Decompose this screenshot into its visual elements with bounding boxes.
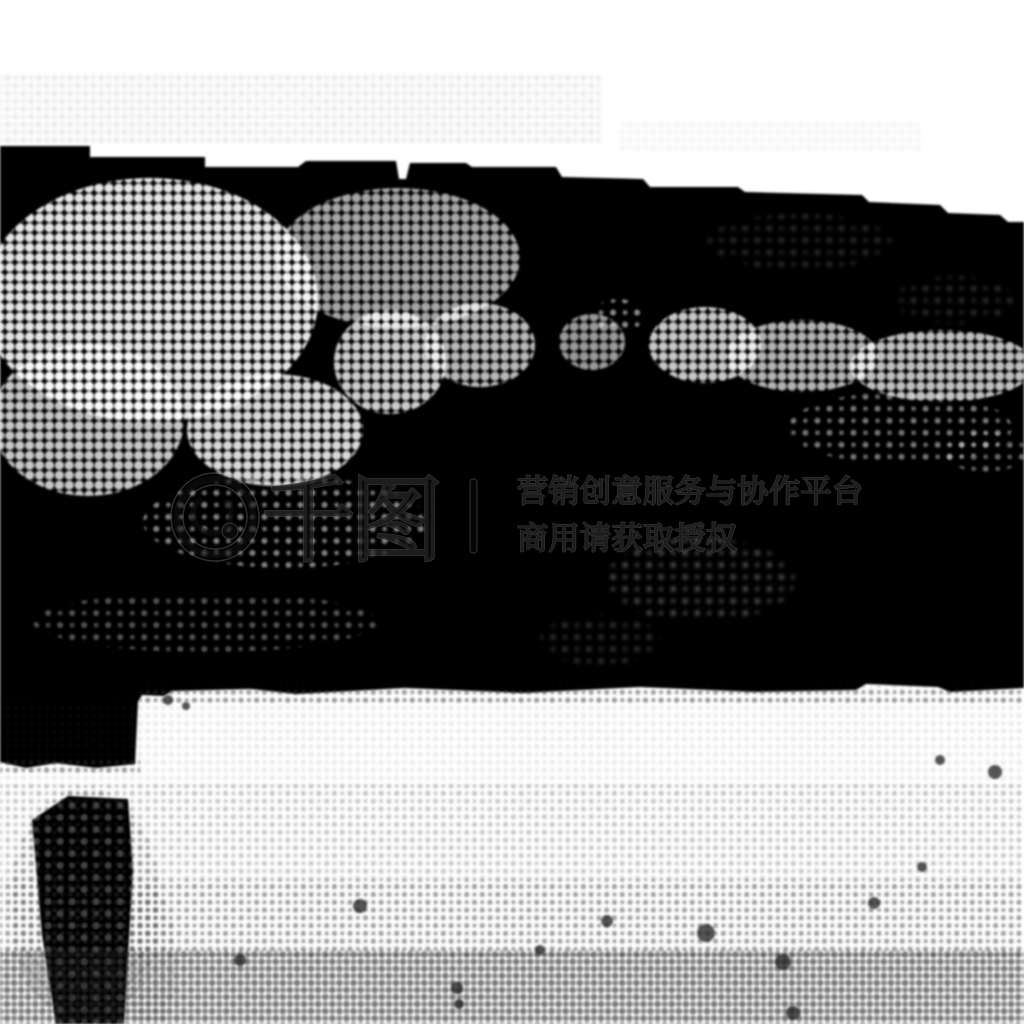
texture-graphic: 千图 营销创意服务与协作平台 商用请获取授权 <box>0 0 1024 1024</box>
halftone-texture-image: 千图 营销创意服务与协作平台 商用请获取授权 <box>0 0 1024 1024</box>
watermark-brand-text: 千图 <box>262 469 439 573</box>
watermark-tagline-line2: 商用请获取授权 <box>517 521 738 556</box>
watermark-divider-bar <box>470 479 477 553</box>
bottom-speckle-field <box>0 700 1024 1024</box>
watermark-tagline-line1: 营销创意服务与协作平台 <box>517 474 864 509</box>
